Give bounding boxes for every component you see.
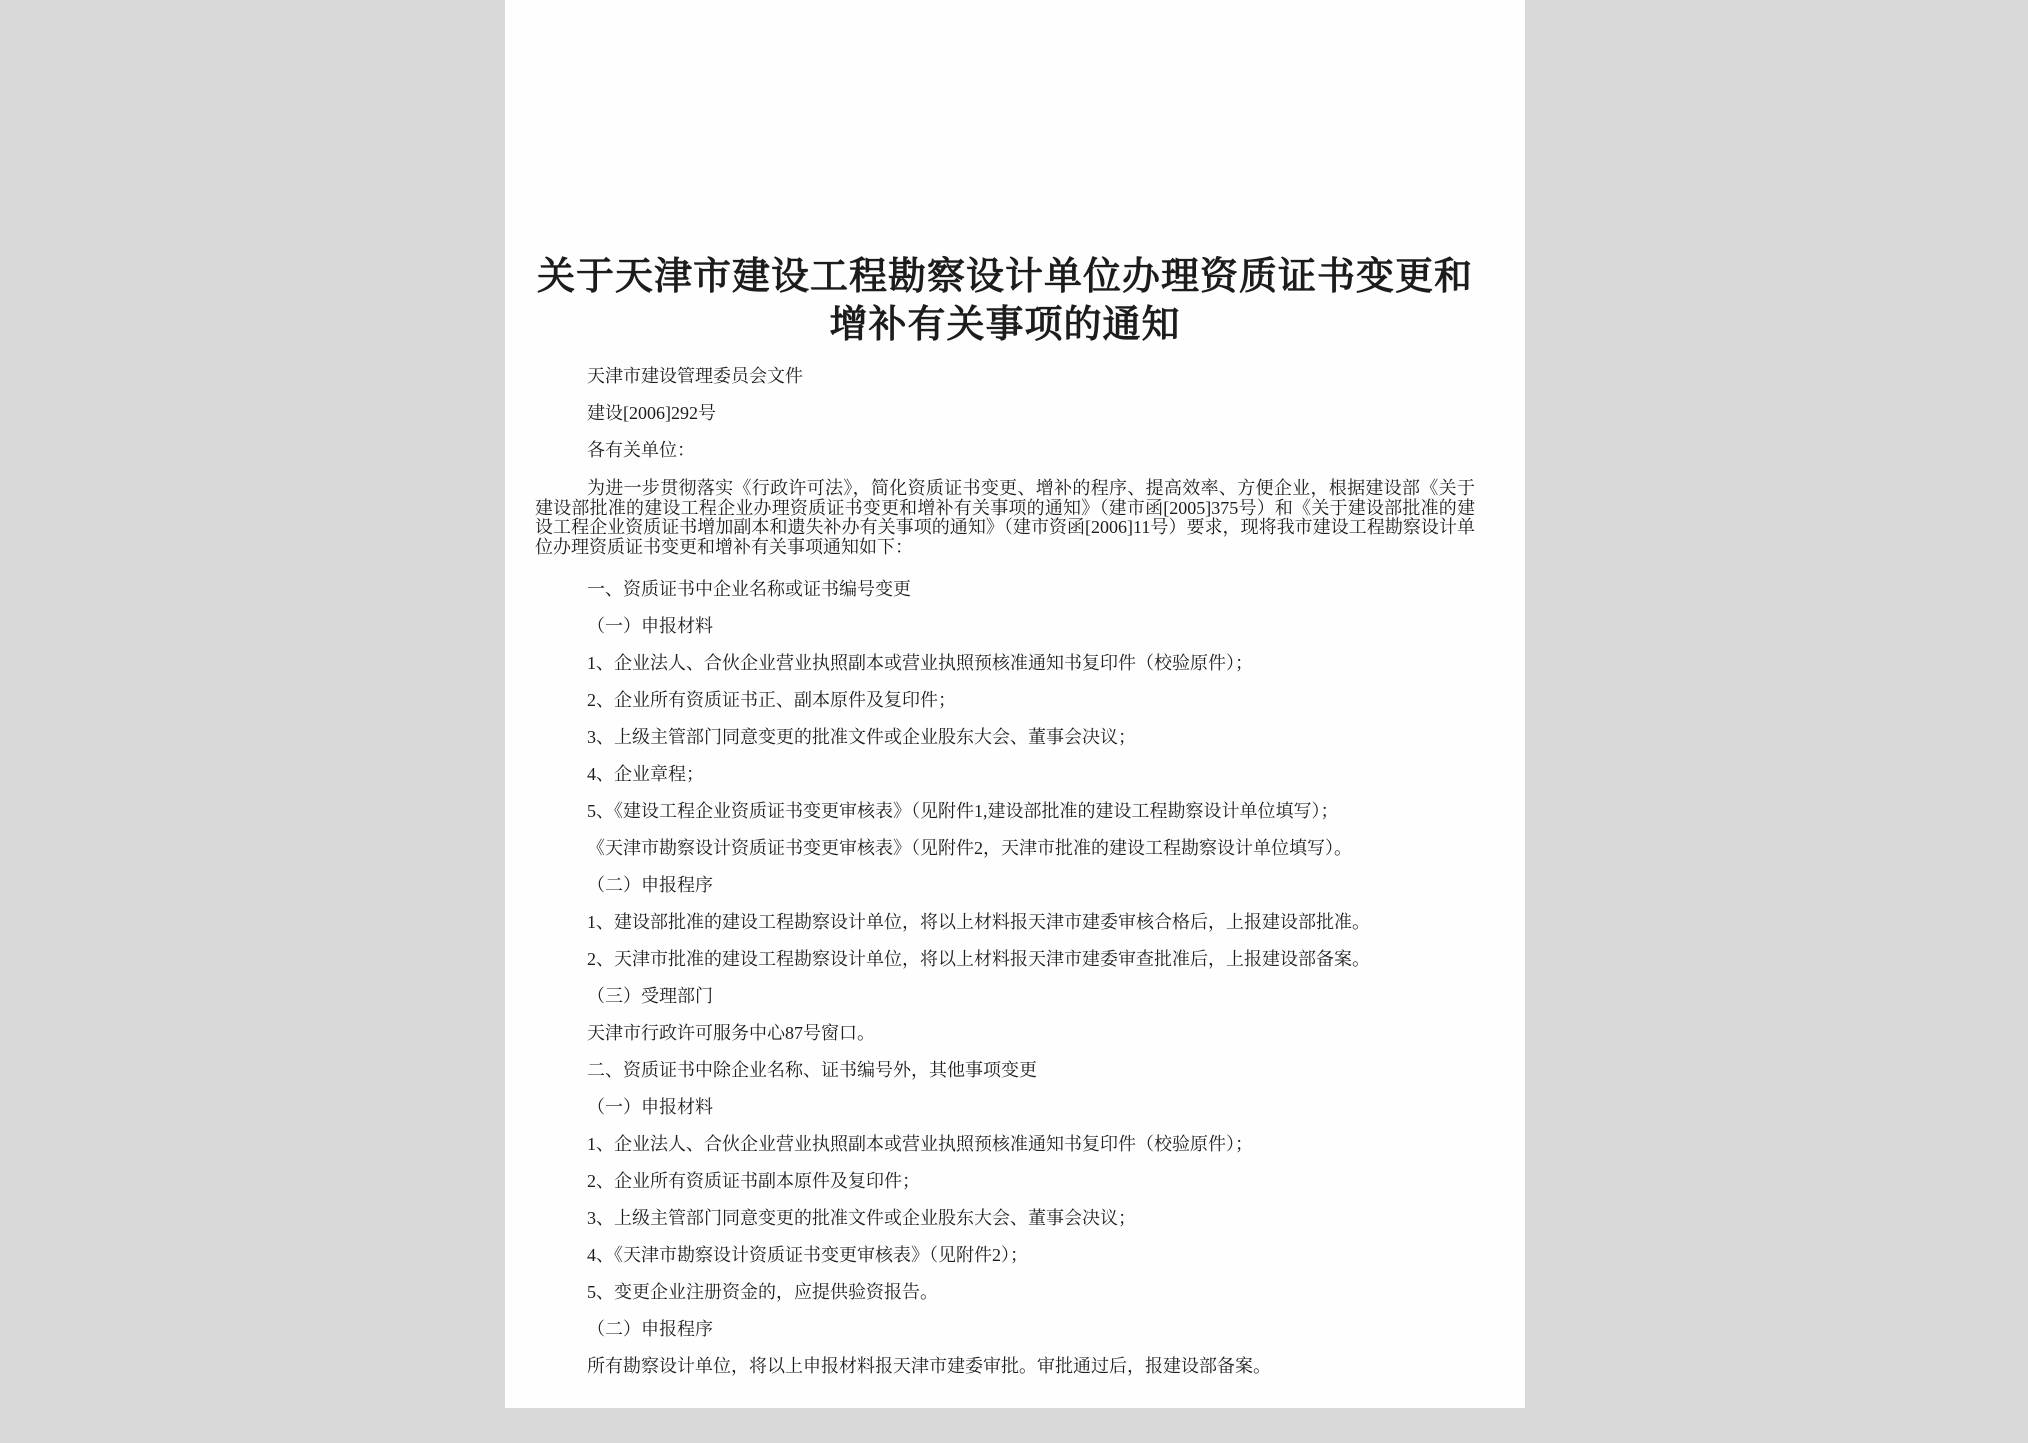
body-paragraph: 天津市行政许可服务中心87号窗口。 [535,1023,1475,1043]
body-paragraph: 《天津市勘察设计资质证书变更审核表》（见附件2，天津市批准的建设工程勘察设计单位… [535,838,1475,858]
intro-paragraph: 为进一步贯彻落实《行政许可法》，简化资质证书变更、增补的程序、提高效率、方便企业… [535,479,1475,557]
body-paragraph: 5、变更企业注册资金的，应提供验资报告。 [535,1282,1475,1302]
body-paragraph: （一）申报材料 [535,616,1475,636]
document-page: 关于天津市建设工程勘察设计单位办理资质证书变更和 增补有关事项的通知 天津市建设… [505,0,1525,1408]
body-paragraph: 一、资质证书中企业名称或证书编号变更 [535,579,1475,599]
body-paragraph: 2、企业所有资质证书副本原件及复印件； [535,1171,1475,1191]
body-paragraph: 1、企业法人、合伙企业营业执照副本或营业执照预核准通知书复印件（校验原件）； [535,1134,1475,1154]
document-title: 关于天津市建设工程勘察设计单位办理资质证书变更和 增补有关事项的通知 [535,253,1475,349]
document-title-line2: 增补有关事项的通知 [829,304,1180,346]
body-paragraph: 4、《天津市勘察设计资质证书变更审核表》（见附件2）； [535,1245,1475,1265]
body-paragraph: 2、天津市批准的建设工程勘察设计单位，将以上材料报天津市建委审查批准后，上报建设… [535,949,1475,969]
document-number: 建设[2006]292号 [535,403,1475,423]
body-paragraph: 1、建设部批准的建设工程勘察设计单位，将以上材料报天津市建委审核合格后，上报建设… [535,912,1475,932]
body-paragraph: 所有勘察设计单位，将以上申报材料报天津市建委审批。审批通过后，报建设部备案。 [535,1356,1475,1376]
body-paragraph: 3、上级主管部门同意变更的批准文件或企业股东大会、董事会决议； [535,727,1475,747]
document-title-line1: 关于天津市建设工程勘察设计单位办理资质证书变更和 [537,256,1473,298]
body-paragraph: 2、企业所有资质证书正、副本原件及复印件； [535,690,1475,710]
issuer-line: 天津市建设管理委员会文件 [535,366,1475,386]
salutation: 各有关单位： [535,440,1475,460]
document-content: 关于天津市建设工程勘察设计单位办理资质证书变更和 增补有关事项的通知 天津市建设… [535,0,1475,1376]
body-paragraph: （二）申报程序 [535,875,1475,895]
body-paragraph: 二、资质证书中除企业名称、证书编号外，其他事项变更 [535,1060,1475,1080]
body-paragraph: 4、企业章程； [535,764,1475,784]
body-paragraph: （二）申报程序 [535,1319,1475,1339]
body-paragraph: 3、上级主管部门同意变更的批准文件或企业股东大会、董事会决议； [535,1208,1475,1228]
body-paragraph: 1、企业法人、合伙企业营业执照副本或营业执照预核准通知书复印件（校验原件）； [535,653,1475,673]
body-paragraph: （一）申报材料 [535,1097,1475,1117]
body-paragraph: （三）受理部门 [535,986,1475,1006]
body-paragraph: 5、《建设工程企业资质证书变更审核表》（见附件1,建设部批准的建设工程勘察设计单… [535,801,1475,821]
